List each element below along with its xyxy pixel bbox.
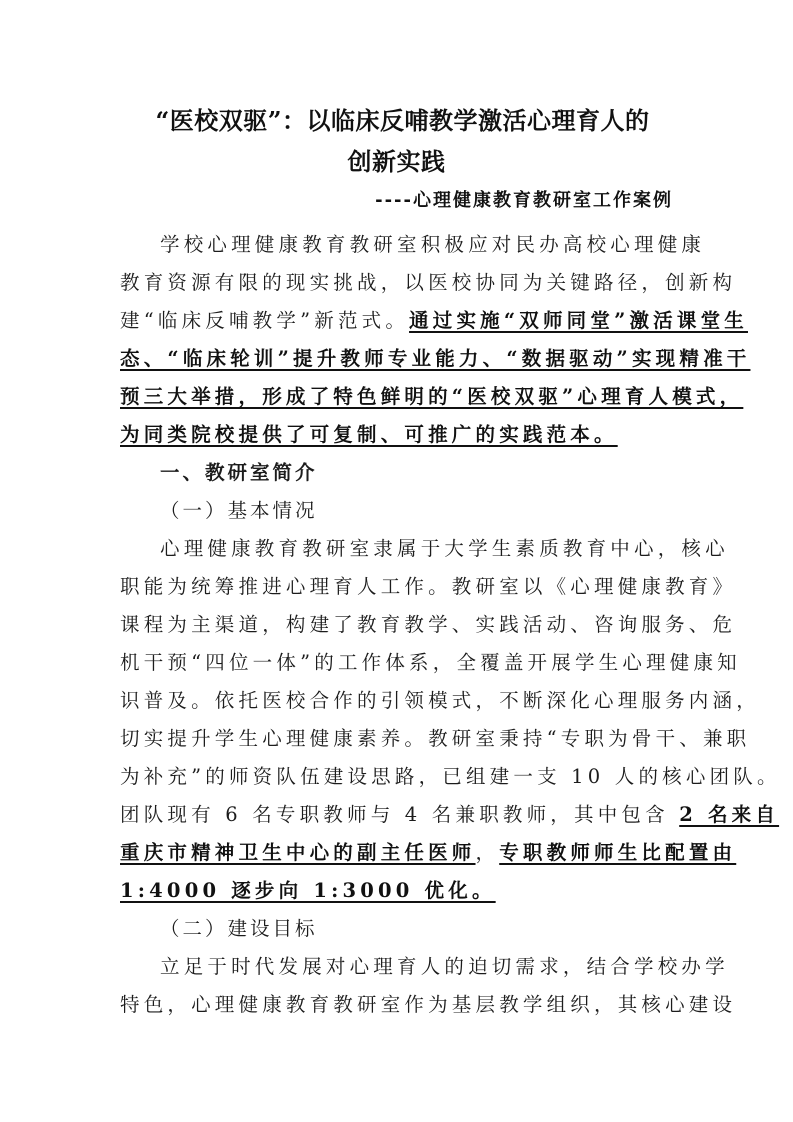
- body-paragraph-line: 重庆市精神卫生中心的副主任医师，专职教师师生比配置由: [120, 841, 678, 865]
- body-paragraph-line: 特色，心理健康教育教研室作为基层教学组织，其核心建设: [120, 993, 678, 1017]
- body-paragraph-line: 识普及。依托医校合作的引领模式，不断深化心理服务内涵，: [120, 689, 678, 713]
- document-subtitle: ----心理健康教育教研室工作案例: [375, 186, 673, 212]
- intro-paragraph-line: 预三大举措，形成了特色鲜明的“医校双驱”心理育人模式，: [120, 385, 678, 409]
- intro-paragraph-line: 为同类院校提供了可复制、可推广的实践范本。: [120, 423, 678, 447]
- document-title-line-2: 创新实践: [0, 142, 793, 177]
- body-paragraph-line: 机干预“四位一体”的工作体系，全覆盖开展学生心理健康知: [120, 651, 678, 675]
- body-paragraph-line: 心理健康教育教研室隶属于大学生素质教育中心，核心: [160, 537, 718, 561]
- intro-emphasis-text: 态、“临床轮训”提升教师专业能力、“数据驱动”实现精准干: [120, 347, 750, 370]
- body-plain-text: 团队现有 6 名专职教师与 4 名兼职教师，其中包含: [120, 803, 679, 826]
- body-emphasis-text: 2 名来自: [679, 803, 779, 826]
- body-paragraph-line: 为补充”的师资队伍建设思路，已组建一支 10 人的核心团队。: [120, 765, 678, 789]
- section-heading: 一、教研室简介: [160, 461, 718, 485]
- body-paragraph-line: 1:4000 逐步向 1:3000 优化。: [120, 879, 678, 903]
- document-page: “医校双驱”：以临床反哺教学激活心理育人的 创新实践 ----心理健康教育教研室…: [0, 0, 793, 1122]
- body-paragraph-line: 课程为主渠道，构建了教育教学、实践活动、咨询服务、危: [120, 613, 678, 637]
- body-emphasis-text: 1:4000 逐步向 1:3000 优化。: [120, 879, 496, 902]
- body-plain-text: ，: [476, 841, 500, 864]
- intro-paragraph-line: 教育资源有限的现实挑战，以医校协同为关键路径，创新构: [120, 271, 678, 295]
- body-paragraph-line: 职能为统筹推进心理育人工作。教研室以《心理健康教育》: [120, 575, 678, 599]
- body-emphasis-text: 重庆市精神卫生中心的副主任医师: [120, 841, 476, 864]
- body-emphasis-text: 专职教师师生比配置由: [499, 841, 736, 864]
- body-paragraph-line: 切实提升学生心理健康素养。教研室秉持“专职为骨干、兼职: [120, 727, 678, 751]
- intro-emphasis-text: 通过实施“双师同堂”激活课堂生: [409, 309, 748, 332]
- intro-paragraph-line: 学校心理健康教育教研室积极应对民办高校心理健康: [160, 233, 718, 257]
- subsection-heading: （一）基本情况: [160, 499, 718, 523]
- intro-emphasis-text: 预三大举措，形成了特色鲜明的“医校双驱”心理育人模式，: [120, 385, 743, 408]
- intro-emphasis-text: 为同类院校提供了可复制、可推广的实践范本。: [120, 423, 618, 446]
- subsection-heading: （二）建设目标: [160, 917, 718, 941]
- body-paragraph-line: 团队现有 6 名专职教师与 4 名兼职教师，其中包含 2 名来自: [120, 803, 678, 827]
- document-title-line-1: “医校双驱”：以临床反哺教学激活心理育人的: [6, 101, 793, 136]
- intro-paragraph-line: 态、“临床轮训”提升教师专业能力、“数据驱动”实现精准干: [120, 347, 678, 371]
- intro-paragraph-line: 建“临床反哺教学”新范式。通过实施“双师同堂”激活课堂生: [120, 309, 678, 333]
- body-paragraph-line: 立足于时代发展对心理育人的迫切需求，结合学校办学: [160, 955, 718, 979]
- intro-plain-text: 建“临床反哺教学”新范式。: [120, 309, 409, 332]
